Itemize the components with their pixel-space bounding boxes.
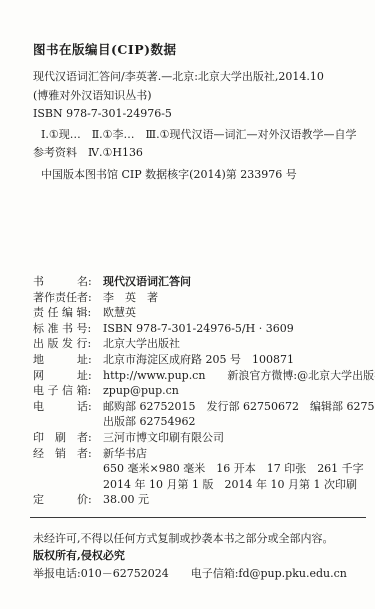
notice-no-copy-line: 未经许可,不得以任何方式复制或抄袭本书之部分或全部内容。	[33, 530, 365, 548]
notice-contact-line: 举报电话:010－62752024 电子信箱:fd@pup.pku.edu.cn	[33, 565, 365, 583]
bookinfo-value: 650 毫米×980 毫米 16 开本 17 印张 261 千字	[103, 462, 364, 475]
bookinfo-label: 定 价:	[33, 492, 103, 508]
bookinfo-row-format: 650 毫米×980 毫米 16 开本 17 印张 261 千字	[33, 461, 365, 477]
bookinfo-value: 现代汉语词汇答问	[103, 275, 191, 288]
horizontal-divider	[30, 517, 366, 518]
publication-info-block: 书 名:现代汉语词汇答问 著作责任者:李 英 著 责 任 编 辑:欧慧英 标 准…	[33, 274, 365, 508]
cip-record-line: 中国版本图书馆 CIP 数据核字(2014)第 233976 号	[33, 166, 365, 184]
bookinfo-value: 新华书店	[103, 447, 147, 460]
bookinfo-row-address: 地 址:北京市海淀区成府路 205 号 100871	[33, 352, 365, 368]
bookinfo-row-title: 书 名:现代汉语词汇答问	[33, 274, 365, 290]
bookinfo-label: 电 子 信 箱:	[33, 383, 103, 399]
bookinfo-row-phone: 电 话:邮购部 62752015 发行部 62750672 编辑部 627520…	[33, 399, 365, 415]
bookinfo-row-phone-cont: 出版部 62754962	[33, 414, 365, 430]
bookinfo-value: 北京大学出版社	[103, 337, 180, 350]
cip-isbn-line: ISBN 978-7-301-24976-5	[33, 105, 365, 123]
notice-rights-line: 版权所有,侵权必究	[33, 547, 365, 565]
bookinfo-label: 标 准 书 号:	[33, 321, 103, 337]
bookinfo-row-email: 电 子 信 箱:zpup@pup.cn	[33, 383, 365, 399]
cip-block: 图书在版编目(CIP)数据 现代汉语词汇答问/李英著.—北京:北京大学出版社,2…	[33, 40, 365, 184]
bookinfo-value: 北京市海淀区成府路 205 号 100871	[103, 353, 294, 366]
bookinfo-label: 地 址:	[33, 352, 103, 368]
bookinfo-row-price: 定 价:38.00 元	[33, 492, 365, 508]
bookinfo-label: 电 话:	[33, 399, 103, 415]
bookinfo-value: 三河市博文印刷有限公司	[103, 431, 224, 444]
cip-series-line: (博雅对外汉语知识丛书)	[33, 87, 365, 105]
cip-title: 图书在版编目(CIP)数据	[33, 40, 365, 58]
bookinfo-label: 书 名:	[33, 274, 103, 290]
bookinfo-value: zpup@pup.cn	[103, 384, 179, 397]
bookinfo-label: 印 刷 者:	[33, 430, 103, 446]
bookinfo-row-author: 著作责任者:李 英 著	[33, 290, 365, 306]
bookinfo-value: 邮购部 62752015 发行部 62750672 编辑部 62752028	[103, 400, 375, 413]
bookinfo-label: 网 址:	[33, 368, 103, 384]
copyright-page: 图书在版编目(CIP)数据 现代汉语词汇答问/李英著.—北京:北京大学出版社,2…	[0, 0, 375, 609]
bookinfo-value: http://www.pup.cn 新浪官方微博:@北京大学出版社	[103, 369, 375, 382]
bookinfo-value: 38.00 元	[103, 493, 149, 506]
bookinfo-label: 著作责任者:	[33, 290, 103, 306]
copyright-notice-block: 未经许可,不得以任何方式复制或抄袭本书之部分或全部内容。 版权所有,侵权必究 举…	[33, 530, 365, 583]
cip-classification-line1: Ⅰ.①现… Ⅱ.①李… Ⅲ.①现代汉语—词汇—对外汉语教学—自学	[33, 126, 365, 144]
bookinfo-value: 李 英 著	[103, 291, 158, 304]
bookinfo-label: 经 销 者:	[33, 446, 103, 462]
bookinfo-label: 出 版 发 行:	[33, 336, 103, 352]
bookinfo-row-website: 网 址:http://www.pup.cn 新浪官方微博:@北京大学出版社	[33, 368, 365, 384]
cip-classification-line2: 参考资料 Ⅳ.①H136	[33, 144, 365, 162]
cip-entry-line: 现代汉语词汇答问/李英著.—北京:北京大学出版社,2014.10	[33, 68, 365, 86]
bookinfo-value: 欧慧英	[103, 306, 136, 319]
bookinfo-value: ISBN 978-7-301-24976-5/H · 3609	[103, 322, 294, 335]
bookinfo-label: 责 任 编 辑:	[33, 305, 103, 321]
bookinfo-row-publisher: 出 版 发 行:北京大学出版社	[33, 336, 365, 352]
bookinfo-row-distributor: 经 销 者:新华书店	[33, 446, 365, 462]
bookinfo-row-edition: 2014 年 10 月第 1 版 2014 年 10 月第 1 次印刷	[33, 477, 365, 493]
bookinfo-row-isbn: 标 准 书 号:ISBN 978-7-301-24976-5/H · 3609	[33, 321, 365, 337]
bookinfo-row-editor: 责 任 编 辑:欧慧英	[33, 305, 365, 321]
bookinfo-row-printer: 印 刷 者:三河市博文印刷有限公司	[33, 430, 365, 446]
bookinfo-value: 2014 年 10 月第 1 版 2014 年 10 月第 1 次印刷	[103, 478, 357, 491]
bookinfo-value: 出版部 62754962	[103, 415, 196, 428]
